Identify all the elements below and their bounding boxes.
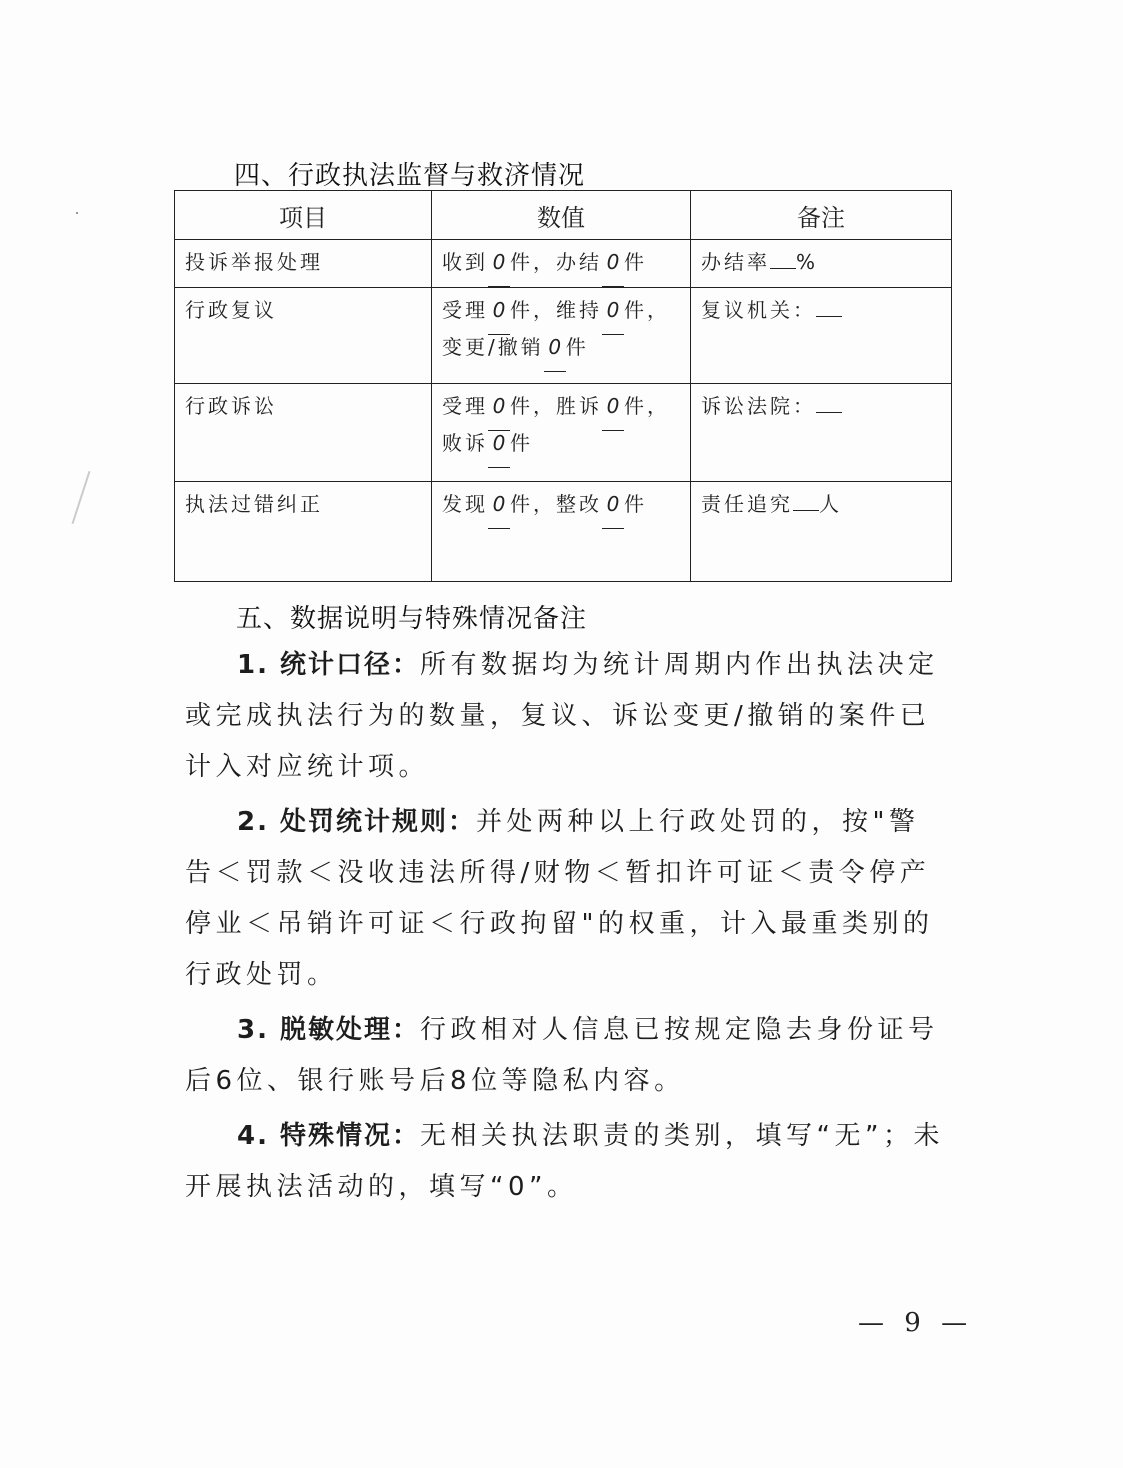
item-label: 行政诉讼 [185, 382, 421, 430]
table-row: 执法过错纠正发现0件，整改0件责任追究人 [175, 482, 952, 582]
value-line: 收到0件，办结0件 [442, 238, 680, 287]
empty-blank-field [816, 412, 842, 413]
item-cell: 行政诉讼 [175, 384, 432, 482]
filled-count-field: 0 [488, 238, 510, 287]
remark-cell: 责任追究人 [691, 482, 952, 582]
filled-count-field: 0 [602, 382, 624, 431]
note-label: 1. 统计口径： [237, 650, 420, 680]
remark-line: 办结率% [701, 238, 941, 286]
remark-text: 诉讼法院： [701, 394, 816, 418]
empty-blank-field [770, 268, 796, 269]
value-text: 件 [566, 335, 589, 359]
note-label: 2. 处罚统计规则： [237, 807, 476, 837]
value-cell: 发现0件，整改0件 [432, 482, 691, 582]
remark-text: 责任追究 [701, 492, 793, 516]
table-row: 投诉举报处理收到0件，办结0件办结率% [175, 240, 952, 288]
item-label: 投诉举报处理 [185, 238, 421, 286]
note-item-1: 1. 统计口径：所有数据均为统计周期内作出执法决定或完成执法行为的数量，复议、诉… [185, 640, 945, 793]
value-text: 变更/撤销 [442, 335, 544, 359]
value-text: 发现 [442, 492, 488, 516]
note-item-3: 3. 脱敏处理：行政相对人信息已按规定隐去身份证号后6位、银行账号后8位等隐私内… [185, 1005, 945, 1107]
section-5-heading: 五、数据说明与特殊情况备注 [236, 598, 587, 635]
table-row: 行政复议受理0件，维持0件，变更/撤销0件复议机关： [175, 288, 952, 384]
filled-count-field: 0 [488, 419, 510, 468]
column-header-value: 数值 [432, 191, 691, 240]
value-text: 件 [624, 250, 647, 274]
empty-blank-field [793, 510, 819, 511]
remark-text: 人 [819, 492, 842, 516]
value-text: 件， [624, 298, 670, 322]
scan-mark [72, 471, 91, 524]
filled-count-field: 0 [488, 480, 510, 529]
remark-line: 复议机关： [701, 286, 941, 334]
value-text: 件 [510, 431, 533, 455]
column-header-remark: 备注 [691, 191, 952, 240]
item-cell: 执法过错纠正 [175, 482, 432, 582]
remark-line: 诉讼法院： [701, 382, 941, 430]
page-number: — 9 — [858, 1308, 973, 1338]
scan-mark [76, 212, 78, 214]
value-text: 件， [624, 394, 670, 418]
value-cell: 收到0件，办结0件 [432, 240, 691, 288]
value-text: 受理 [442, 394, 488, 418]
note-item-2: 2. 处罚统计规则：并处两种以上行政处罚的，按"警告＜罚款＜没收违法所得/财物＜… [185, 797, 945, 1001]
empty-blank-field [816, 316, 842, 317]
remark-text: 办结率 [701, 250, 770, 274]
remark-text: % [796, 250, 818, 274]
column-header-item: 项目 [175, 191, 432, 240]
remark-line: 责任追究人 [701, 480, 941, 528]
remark-cell: 诉讼法院： [691, 384, 952, 482]
value-cell: 受理0件，维持0件，变更/撤销0件 [432, 288, 691, 384]
table-header-row: 项目 数值 备注 [175, 191, 952, 240]
remark-cell: 办结率% [691, 240, 952, 288]
document-page: 四、行政执法监督与救济情况 项目 数值 备注 投诉举报处理收到0件，办结0件办结… [0, 0, 1123, 1468]
value-text: 件，胜诉 [510, 394, 602, 418]
value-cell: 受理0件，胜诉0件，败诉0件 [432, 384, 691, 482]
value-text: 受理 [442, 298, 488, 322]
remark-text: 复议机关： [701, 298, 816, 322]
value-line: 发现0件，整改0件 [442, 480, 680, 529]
supervision-remedy-table: 项目 数值 备注 投诉举报处理收到0件，办结0件办结率%行政复议受理0件，维持0… [174, 190, 952, 582]
item-label: 执法过错纠正 [185, 480, 421, 528]
filled-count-field: 0 [544, 323, 566, 372]
item-label: 行政复议 [185, 286, 421, 334]
note-label: 4. 特殊情况： [237, 1121, 420, 1151]
item-cell: 行政复议 [175, 288, 432, 384]
table-row: 行政诉讼受理0件，胜诉0件，败诉0件诉讼法院： [175, 384, 952, 482]
item-cell: 投诉举报处理 [175, 240, 432, 288]
value-text: 件，维持 [510, 298, 602, 322]
note-label: 3. 脱敏处理： [237, 1015, 420, 1045]
table-body: 投诉举报处理收到0件，办结0件办结率%行政复议受理0件，维持0件，变更/撤销0件… [175, 240, 952, 582]
value-text: 件，办结 [510, 250, 602, 274]
filled-count-field: 0 [602, 480, 624, 529]
note-item-4: 4. 特殊情况：无相关执法职责的类别，填写“无”；未开展执法活动的，填写“0”。 [185, 1111, 945, 1213]
filled-count-field: 0 [602, 286, 624, 335]
value-text: 件，整改 [510, 492, 602, 516]
remark-cell: 复议机关： [691, 288, 952, 384]
section-4-heading: 四、行政执法监督与救济情况 [234, 155, 585, 192]
value-text: 收到 [442, 250, 488, 274]
value-text: 件 [624, 492, 647, 516]
data-notes-list: 1. 统计口径：所有数据均为统计周期内作出执法决定或完成执法行为的数量，复议、诉… [185, 640, 945, 1217]
value-text: 败诉 [442, 431, 488, 455]
filled-count-field: 0 [602, 238, 624, 287]
